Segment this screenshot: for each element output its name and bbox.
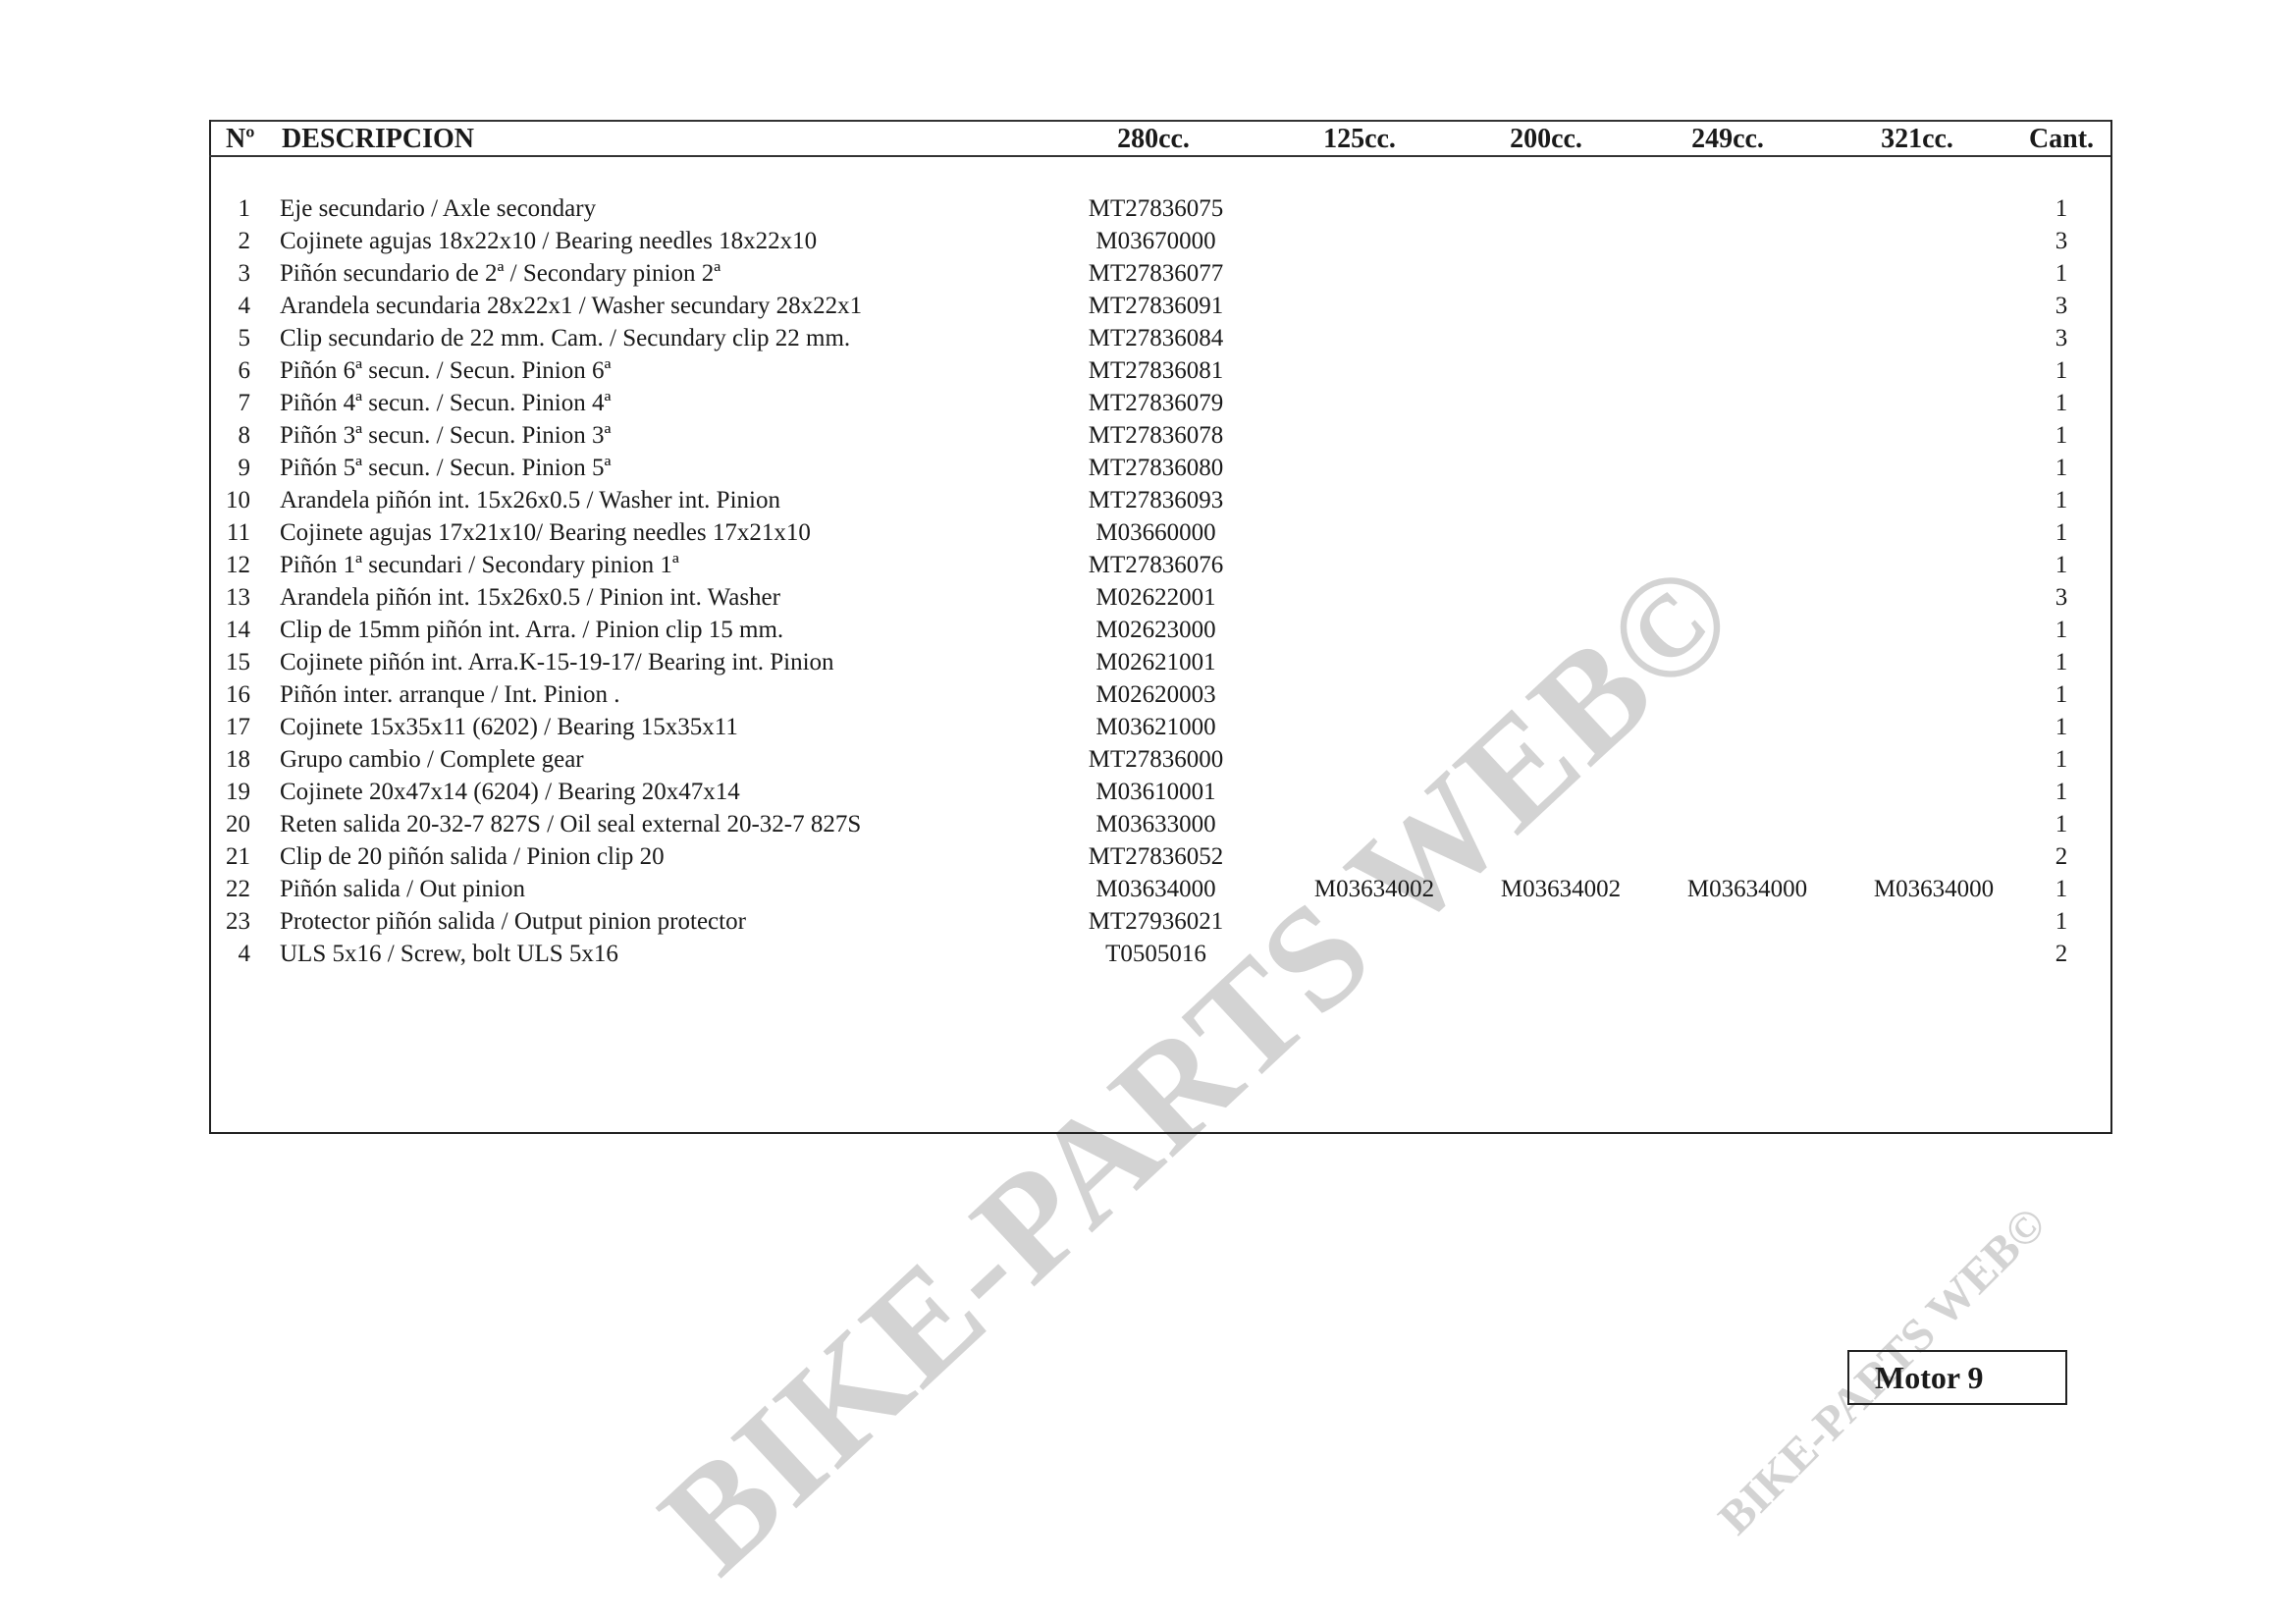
row-part-321cc <box>1836 938 2032 970</box>
row-part-200cc <box>1463 646 1659 678</box>
row-description: Clip secundario de 22 mm. Cam. / Secunda… <box>280 322 1065 354</box>
row-part-200cc <box>1463 484 1659 516</box>
row-part-125cc <box>1276 257 1472 290</box>
header-number: Nº <box>226 124 254 155</box>
row-number: 4 <box>211 938 250 970</box>
table-row: 18Grupo cambio / Complete gearMT27836000… <box>211 743 2106 776</box>
row-quantity: 1 <box>2037 776 2086 808</box>
row-part-200cc <box>1463 387 1659 419</box>
row-part-200cc <box>1463 419 1659 452</box>
row-number: 15 <box>211 646 250 678</box>
row-quantity: 1 <box>2037 419 2086 452</box>
row-number: 1 <box>211 192 250 225</box>
table-row: 21Clip de 20 piñón salida / Pinion clip … <box>211 840 2106 873</box>
row-part-125cc <box>1276 808 1472 840</box>
row-quantity: 3 <box>2037 322 2086 354</box>
row-part-280cc: MT27836080 <box>1050 452 1261 484</box>
table-row: 10Arandela piñón int. 15x26x0.5 / Washer… <box>211 484 2106 516</box>
row-part-321cc <box>1836 581 2032 614</box>
row-part-321cc <box>1836 808 2032 840</box>
row-part-125cc <box>1276 192 1472 225</box>
header-quantity: Cant. <box>2012 124 2110 155</box>
row-quantity: 1 <box>2037 711 2086 743</box>
row-part-125cc <box>1276 614 1472 646</box>
row-part-249cc <box>1649 257 1845 290</box>
row-quantity: 2 <box>2037 840 2086 873</box>
row-part-249cc <box>1649 290 1845 322</box>
row-description: Cojinete agujas 18x22x10 / Bearing needl… <box>280 225 1065 257</box>
row-number: 6 <box>211 354 250 387</box>
row-number: 8 <box>211 419 250 452</box>
row-description: Reten salida 20-32-7 827S / Oil seal ext… <box>280 808 1065 840</box>
row-number: 19 <box>211 776 250 808</box>
row-part-200cc <box>1463 452 1659 484</box>
row-number: 11 <box>211 516 250 549</box>
row-part-249cc <box>1649 776 1845 808</box>
row-part-280cc: MT27836077 <box>1050 257 1261 290</box>
row-part-321cc: M03634000 <box>1836 873 2032 905</box>
row-part-125cc <box>1276 452 1472 484</box>
row-part-321cc <box>1836 484 2032 516</box>
row-part-249cc <box>1649 387 1845 419</box>
row-part-321cc <box>1836 905 2032 938</box>
row-part-125cc: M03634002 <box>1276 873 1472 905</box>
row-part-321cc <box>1836 322 2032 354</box>
row-number: 4 <box>211 290 250 322</box>
row-part-280cc: M02622001 <box>1050 581 1261 614</box>
row-quantity: 1 <box>2037 354 2086 387</box>
parts-list-page: BIKE-PARTS WEB© BIKE-PARTS WEB© Nº DESCR… <box>0 0 2296 1620</box>
row-number: 22 <box>211 873 250 905</box>
row-part-280cc: M02621001 <box>1050 646 1261 678</box>
row-part-249cc <box>1649 419 1845 452</box>
row-quantity: 3 <box>2037 290 2086 322</box>
row-part-321cc <box>1836 549 2032 581</box>
row-part-200cc <box>1463 905 1659 938</box>
row-number: 14 <box>211 614 250 646</box>
row-part-125cc <box>1276 225 1472 257</box>
row-part-280cc: M03634000 <box>1050 873 1261 905</box>
section-label: Motor 9 <box>1875 1352 1983 1403</box>
row-description: Arandela piñón int. 15x26x0.5 / Pinion i… <box>280 581 1065 614</box>
row-number: 23 <box>211 905 250 938</box>
table-row: 2Cojinete agujas 18x22x10 / Bearing need… <box>211 225 2106 257</box>
header-249cc: 249cc. <box>1664 124 1791 155</box>
row-part-321cc <box>1836 257 2032 290</box>
row-part-200cc <box>1463 776 1659 808</box>
row-description: Piñón salida / Out pinion <box>280 873 1065 905</box>
row-part-321cc <box>1836 452 2032 484</box>
row-part-200cc <box>1463 678 1659 711</box>
row-part-280cc: M02623000 <box>1050 614 1261 646</box>
row-part-249cc <box>1649 516 1845 549</box>
row-part-280cc: MT27836091 <box>1050 290 1261 322</box>
row-part-200cc <box>1463 322 1659 354</box>
row-part-249cc <box>1649 938 1845 970</box>
row-part-249cc <box>1649 225 1845 257</box>
row-number: 5 <box>211 322 250 354</box>
header-280cc: 280cc. <box>1090 124 1217 155</box>
row-quantity: 3 <box>2037 225 2086 257</box>
section-label-box: Motor 9 <box>1847 1350 2067 1405</box>
row-part-249cc <box>1649 905 1845 938</box>
row-part-321cc <box>1836 225 2032 257</box>
table-row: 4Arandela secundaria 28x22x1 / Washer se… <box>211 290 2106 322</box>
row-description: Piñón secundario de 2ª / Secondary pinio… <box>280 257 1065 290</box>
row-part-280cc: M02620003 <box>1050 678 1261 711</box>
row-description: Cojinete 15x35x11 (6202) / Bearing 15x35… <box>280 711 1065 743</box>
table-row: 12Piñón 1ª secundari / Secondary pinion … <box>211 549 2106 581</box>
row-part-125cc <box>1276 549 1472 581</box>
table-row: 15Cojinete piñón int. Arra.K-15-19-17/ B… <box>211 646 2106 678</box>
table-row: 13Arandela piñón int. 15x26x0.5 / Pinion… <box>211 581 2106 614</box>
row-part-200cc <box>1463 711 1659 743</box>
row-part-321cc <box>1836 354 2032 387</box>
row-part-321cc <box>1836 776 2032 808</box>
row-quantity: 3 <box>2037 581 2086 614</box>
row-part-125cc <box>1276 905 1472 938</box>
row-description: Arandela piñón int. 15x26x0.5 / Washer i… <box>280 484 1065 516</box>
row-part-321cc <box>1836 614 2032 646</box>
row-part-125cc <box>1276 840 1472 873</box>
row-part-125cc <box>1276 646 1472 678</box>
row-part-321cc <box>1836 840 2032 873</box>
row-part-280cc: M03633000 <box>1050 808 1261 840</box>
row-description: Cojinete 20x47x14 (6204) / Bearing 20x47… <box>280 776 1065 808</box>
row-part-321cc <box>1836 516 2032 549</box>
row-quantity: 1 <box>2037 808 2086 840</box>
row-part-280cc: MT27836079 <box>1050 387 1261 419</box>
row-part-280cc: MT27836076 <box>1050 549 1261 581</box>
row-description: ULS 5x16 / Screw, bolt ULS 5x16 <box>280 938 1065 970</box>
row-description: Clip de 20 piñón salida / Pinion clip 20 <box>280 840 1065 873</box>
row-quantity: 1 <box>2037 646 2086 678</box>
row-description: Piñón inter. arranque / Int. Pinion . <box>280 678 1065 711</box>
row-part-125cc <box>1276 322 1472 354</box>
row-part-249cc <box>1649 549 1845 581</box>
row-description: Cojinete piñón int. Arra.K-15-19-17/ Bea… <box>280 646 1065 678</box>
row-description: Arandela secundaria 28x22x1 / Washer sec… <box>280 290 1065 322</box>
row-part-249cc <box>1649 711 1845 743</box>
row-quantity: 1 <box>2037 387 2086 419</box>
table-row: 6Piñón 6ª secun. / Secun. Pinion 6ªMT278… <box>211 354 2106 387</box>
row-description: Piñón 5ª secun. / Secun. Pinion 5ª <box>280 452 1065 484</box>
row-part-249cc <box>1649 614 1845 646</box>
header-200cc: 200cc. <box>1482 124 1610 155</box>
row-part-200cc <box>1463 938 1659 970</box>
row-part-200cc <box>1463 192 1659 225</box>
table-row: 16Piñón inter. arranque / Int. Pinion .M… <box>211 678 2106 711</box>
row-quantity: 2 <box>2037 938 2086 970</box>
row-part-280cc: T0505016 <box>1050 938 1261 970</box>
table-row: 3Piñón secundario de 2ª / Secondary pini… <box>211 257 2106 290</box>
row-part-125cc <box>1276 419 1472 452</box>
row-number: 10 <box>211 484 250 516</box>
row-part-280cc: MT27836000 <box>1050 743 1261 776</box>
row-quantity: 1 <box>2037 614 2086 646</box>
row-part-280cc: MT27836093 <box>1050 484 1261 516</box>
row-part-125cc <box>1276 290 1472 322</box>
row-description: Clip de 15mm piñón int. Arra. / Pinion c… <box>280 614 1065 646</box>
row-part-200cc <box>1463 290 1659 322</box>
row-part-249cc <box>1649 840 1845 873</box>
row-description: Eje secundario / Axle secondary <box>280 192 1065 225</box>
row-part-249cc <box>1649 678 1845 711</box>
row-part-249cc <box>1649 192 1845 225</box>
table-row: 1Eje secundario / Axle secondaryMT278360… <box>211 192 2106 225</box>
row-part-321cc <box>1836 743 2032 776</box>
table-row: 5Clip secundario de 22 mm. Cam. / Secund… <box>211 322 2106 354</box>
row-part-321cc <box>1836 387 2032 419</box>
row-description: Piñón 6ª secun. / Secun. Pinion 6ª <box>280 354 1065 387</box>
header-321cc: 321cc. <box>1853 124 1981 155</box>
row-part-249cc <box>1649 808 1845 840</box>
table-row: 9Piñón 5ª secun. / Secun. Pinion 5ªMT278… <box>211 452 2106 484</box>
row-part-200cc: M03634002 <box>1463 873 1659 905</box>
row-part-125cc <box>1276 581 1472 614</box>
row-number: 20 <box>211 808 250 840</box>
row-part-200cc <box>1463 581 1659 614</box>
row-part-280cc: M03621000 <box>1050 711 1261 743</box>
row-part-280cc: M03660000 <box>1050 516 1261 549</box>
table-row: 8Piñón 3ª secun. / Secun. Pinion 3ªMT278… <box>211 419 2106 452</box>
row-part-200cc <box>1463 354 1659 387</box>
row-part-200cc <box>1463 549 1659 581</box>
row-number: 17 <box>211 711 250 743</box>
table-row: 23Protector piñón salida / Output pinion… <box>211 905 2106 938</box>
row-part-280cc: MT27836081 <box>1050 354 1261 387</box>
row-number: 21 <box>211 840 250 873</box>
row-part-200cc <box>1463 808 1659 840</box>
row-part-280cc: MT27836084 <box>1050 322 1261 354</box>
row-part-321cc <box>1836 678 2032 711</box>
table-row: 22Piñón salida / Out pinionM03634000M036… <box>211 873 2106 905</box>
row-part-125cc <box>1276 354 1472 387</box>
row-quantity: 1 <box>2037 743 2086 776</box>
row-quantity: 1 <box>2037 452 2086 484</box>
row-part-280cc: MT27836075 <box>1050 192 1261 225</box>
row-description: Grupo cambio / Complete gear <box>280 743 1065 776</box>
row-description: Protector piñón salida / Output pinion p… <box>280 905 1065 938</box>
row-number: 12 <box>211 549 250 581</box>
row-part-200cc <box>1463 225 1659 257</box>
row-quantity: 1 <box>2037 516 2086 549</box>
row-part-249cc <box>1649 484 1845 516</box>
row-number: 18 <box>211 743 250 776</box>
row-description: Cojinete agujas 17x21x10/ Bearing needle… <box>280 516 1065 549</box>
row-part-321cc <box>1836 419 2032 452</box>
row-part-249cc: M03634000 <box>1649 873 1845 905</box>
row-part-200cc <box>1463 840 1659 873</box>
row-part-321cc <box>1836 290 2032 322</box>
row-part-280cc: M03610001 <box>1050 776 1261 808</box>
row-part-321cc <box>1836 646 2032 678</box>
row-part-125cc <box>1276 387 1472 419</box>
row-number: 13 <box>211 581 250 614</box>
table-header-divider <box>209 155 2110 157</box>
row-quantity: 1 <box>2037 905 2086 938</box>
header-125cc: 125cc. <box>1296 124 1423 155</box>
row-quantity: 1 <box>2037 678 2086 711</box>
row-part-280cc: M03670000 <box>1050 225 1261 257</box>
row-number: 9 <box>211 452 250 484</box>
row-part-125cc <box>1276 711 1472 743</box>
row-number: 16 <box>211 678 250 711</box>
row-description: Piñón 3ª secun. / Secun. Pinion 3ª <box>280 419 1065 452</box>
row-number: 7 <box>211 387 250 419</box>
row-part-125cc <box>1276 484 1472 516</box>
table-row: 14Clip de 15mm piñón int. Arra. / Pinion… <box>211 614 2106 646</box>
row-part-200cc <box>1463 743 1659 776</box>
row-part-280cc: MT27836078 <box>1050 419 1261 452</box>
row-part-200cc <box>1463 614 1659 646</box>
row-part-125cc <box>1276 938 1472 970</box>
row-part-280cc: MT27936021 <box>1050 905 1261 938</box>
row-part-249cc <box>1649 322 1845 354</box>
row-number: 2 <box>211 225 250 257</box>
table-row: 7Piñón 4ª secun. / Secun. Pinion 4ªMT278… <box>211 387 2106 419</box>
table-row: 20Reten salida 20-32-7 827S / Oil seal e… <box>211 808 2106 840</box>
row-part-321cc <box>1836 711 2032 743</box>
table-row: 11Cojinete agujas 17x21x10/ Bearing need… <box>211 516 2106 549</box>
table-row: 19Cojinete 20x47x14 (6204) / Bearing 20x… <box>211 776 2106 808</box>
row-part-125cc <box>1276 743 1472 776</box>
row-part-321cc <box>1836 192 2032 225</box>
row-part-200cc <box>1463 516 1659 549</box>
row-description: Piñón 1ª secundari / Secondary pinion 1ª <box>280 549 1065 581</box>
row-quantity: 1 <box>2037 192 2086 225</box>
row-part-200cc <box>1463 257 1659 290</box>
row-part-249cc <box>1649 743 1845 776</box>
table-row: 17Cojinete 15x35x11 (6202) / Bearing 15x… <box>211 711 2106 743</box>
row-description: Piñón 4ª secun. / Secun. Pinion 4ª <box>280 387 1065 419</box>
row-quantity: 1 <box>2037 484 2086 516</box>
row-quantity: 1 <box>2037 873 2086 905</box>
row-part-249cc <box>1649 646 1845 678</box>
table-row: 4ULS 5x16 / Screw, bolt ULS 5x16T0505016… <box>211 938 2106 970</box>
header-description: DESCRIPCION <box>282 124 474 155</box>
row-part-249cc <box>1649 452 1845 484</box>
row-quantity: 1 <box>2037 549 2086 581</box>
row-part-125cc <box>1276 776 1472 808</box>
row-part-125cc <box>1276 516 1472 549</box>
row-part-249cc <box>1649 581 1845 614</box>
row-part-280cc: MT27836052 <box>1050 840 1261 873</box>
row-part-249cc <box>1649 354 1845 387</box>
row-part-125cc <box>1276 678 1472 711</box>
row-number: 3 <box>211 257 250 290</box>
row-quantity: 1 <box>2037 257 2086 290</box>
